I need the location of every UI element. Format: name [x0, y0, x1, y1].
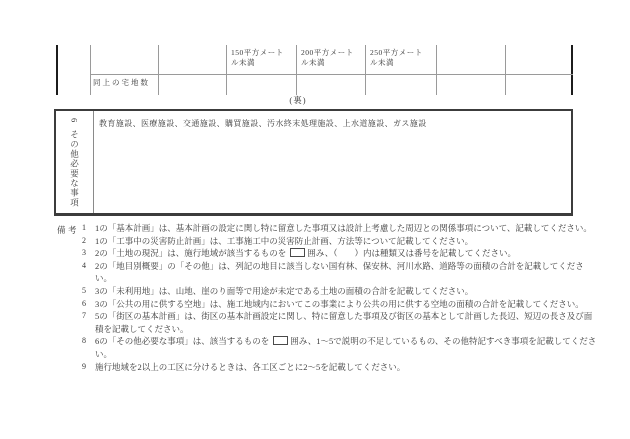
table-grid-line: [90, 74, 573, 75]
page-side-label: (裏): [275, 94, 321, 106]
note-text: 5の「街区の基本計画」は、街区の基本計画設定に関し、特に留意した事項及び街区の基…: [95, 310, 599, 335]
note-number: 1: [80, 222, 95, 235]
note-text: 2の「土地の現況」は、施行地域が該当するものを囲み、（ ）内は種類又は番号を記載…: [95, 247, 599, 260]
note-text: 3の「未利用地」は、山地、崖のり面等で用途が未定である土地の面積の合計を記載して…: [95, 285, 599, 298]
remarks-list: 1 1の「基本計画」は、基本計画の設定に関し特に留意した事項又は設計上考慮した周…: [80, 222, 599, 373]
note-item-9: 9 施行地域を2以上の工区に分けるときは、各工区ごとに2～5を記載してください。: [80, 361, 599, 374]
table-grid-line: [365, 45, 366, 95]
note-item-7: 7 5の「街区の基本計画」は、街区の基本計画設定に関し、特に留意した事項及び街区…: [80, 310, 599, 335]
note-number: 6: [80, 298, 95, 311]
note-number: 8: [80, 335, 95, 360]
table-grid-line: [505, 45, 506, 95]
note-text: 施行地域を2以上の工区に分けるときは、各工区ごとに2～5を記載してください。: [95, 361, 599, 374]
table-grid-line: [226, 45, 227, 95]
area-class-header-250: 250平方メート ル未満: [367, 48, 433, 68]
note-number: 2: [80, 235, 95, 248]
note-item-5: 5 3の「未利用地」は、山地、崖のり面等で用途が未定である土地の面積の合計を記載…: [80, 285, 599, 298]
note-number: 4: [80, 260, 95, 285]
note-item-3: 3 2の「土地の現況」は、施行地域が該当するものを囲み、（ ）内は種類又は番号を…: [80, 247, 599, 260]
note-item-1: 1 1の「基本計画」は、基本計画の設定に関し特に留意した事項又は設計上考慮した周…: [80, 222, 599, 235]
note-item-2: 2 1の「工事中の災害防止計画」は、工事施工中の災害防止計画、方法等について記載…: [80, 235, 599, 248]
remarks-label: 備考: [57, 224, 79, 236]
item-label: その他必要な事項: [70, 130, 80, 208]
note-item-8: 8 6の「その他必要な事項」は、該当するものを囲み、1～5で説明の不足しているも…: [80, 335, 599, 360]
table-grid-line: [436, 45, 437, 95]
other-items-table: 6その他必要な事項 教育施設、医療施設、交通施設、購買施設、汚水終末処理施設、上…: [54, 109, 573, 216]
lot-count-table: 150平方メート ル未満 200平方メート ル未満 250平方メート ル未満 同…: [56, 45, 573, 95]
area-class-header-200: 200平方メート ル未満: [298, 48, 364, 68]
enclose-box-icon: [273, 336, 288, 345]
area-class-header-150: 150平方メート ル未満: [228, 48, 294, 68]
item-number: 6: [70, 118, 80, 123]
table-border-right: [571, 45, 573, 95]
note-number: 7: [80, 310, 95, 335]
other-items-vertical-label: 6その他必要な事項: [69, 118, 81, 208]
note-item-4: 4 2の「地目別概要」の「その他」は、列記の地目に該当しない国有林、保安林、河川…: [80, 260, 599, 285]
note-text: 6の「その他必要な事項」は、該当するものを囲み、1～5で説明の不足しているもの、…: [95, 335, 599, 360]
table-grid-line: [90, 45, 91, 95]
note-number: 9: [80, 361, 95, 374]
document-page: 150平方メート ル未満 200平方メート ル未満 250平方メート ル未満 同…: [0, 0, 630, 439]
table-border-left: [56, 45, 58, 95]
enclose-box-icon: [290, 248, 305, 257]
note-text: 1の「工事中の災害防止計画」は、工事施工中の災害防止計画、方法等について記載して…: [95, 235, 599, 248]
note-number: 3: [80, 247, 95, 260]
note-text: 3の「公共の用に供する空地」は、施工地域内においてこの事業により公共の用に供する…: [95, 298, 599, 311]
note-text: 2の「地目別概要」の「その他」は、列記の地目に該当しない国有林、保安林、河川水路…: [95, 260, 599, 285]
note-item-6: 6 3の「公共の用に供する空地」は、施工地域内においてこの事業により公共の用に供…: [80, 298, 599, 311]
table-grid-line: [296, 45, 297, 95]
note-text: 1の「基本計画」は、基本計画の設定に関し特に留意した事項又は設計上考慮した周辺と…: [95, 222, 599, 235]
other-items-content-cell: 教育施設、医療施設、交通施設、購買施設、汚水終末処理施設、上水道施設、ガス施設: [94, 111, 571, 213]
note-number: 5: [80, 285, 95, 298]
other-items-label-cell: 6その他必要な事項: [56, 111, 94, 213]
row-label-lot-count: 同上の宅地数: [93, 77, 159, 88]
